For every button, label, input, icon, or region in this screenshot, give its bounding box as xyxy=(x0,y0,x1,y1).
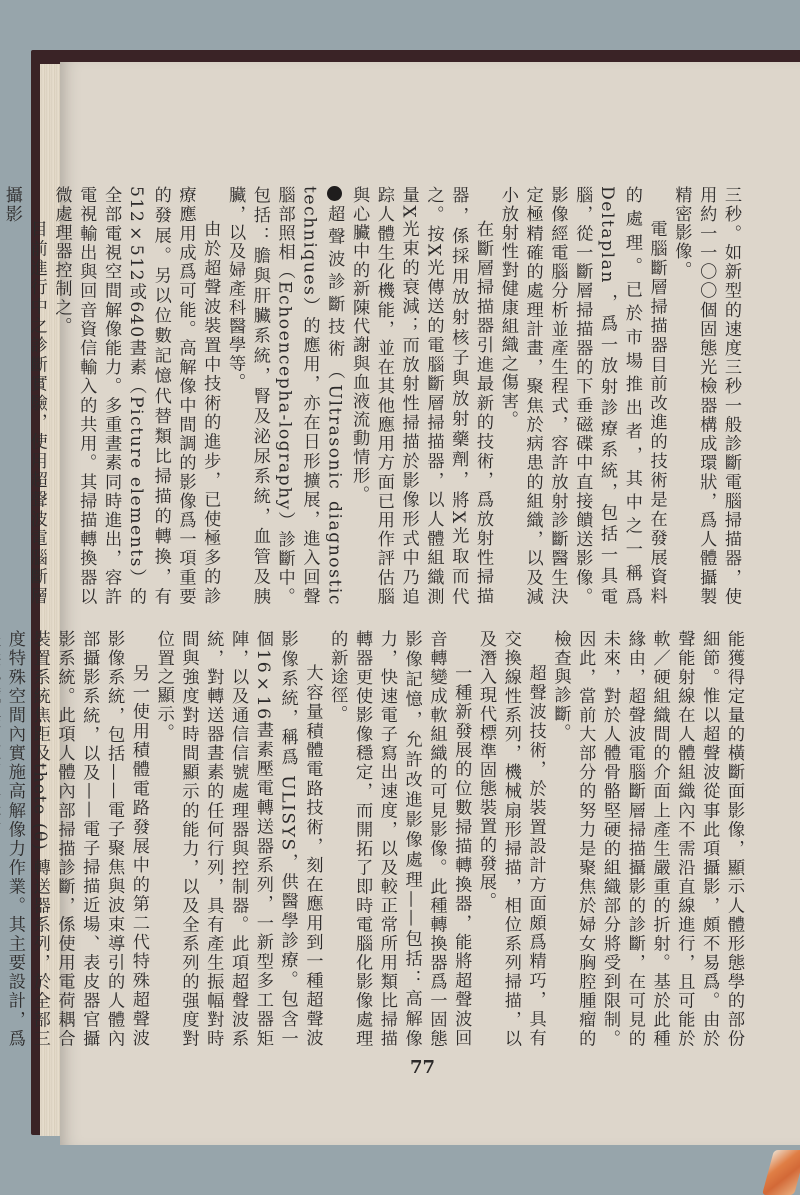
paragraph: 超聲波技術，於裝置設計方面頗爲精巧，具有交換線性系列，機械扇形掃描，相位系列掃描… xyxy=(473,630,547,1048)
lower-text-block: 能獲得定量的橫斷面影像，顯示人體形態學的部份細節。惟以超聲波從事此項攝影，頗不易… xyxy=(0,630,746,1048)
page-number: 77 xyxy=(410,1057,435,1078)
paragraph: 由於超聲波裝置中技術的進步，已使極多的診療應用成爲可能。高解像中間調的影像爲一項… xyxy=(49,186,223,606)
paragraph: 大容量積體電路技術，刻在應用到一種超聲波影像系統，稱爲 ULISYS，供醫學診療… xyxy=(151,630,325,1048)
paragraph: 能獲得定量的橫斷面影像，顯示人體形態學的部份細節。惟以超聲波從事此項攝影，頗不易… xyxy=(548,630,746,1048)
upper-text-block: 三秒。如新型的速度三秒一般診斷電腦掃描器，使用約一一〇〇個固態光檢器構成環狀，爲… xyxy=(0,186,743,606)
paragraph: 另一使用積體電路發展中的第二代特殊超聲波影像系統，包括——電子聚焦與波束導引的人… xyxy=(0,630,151,1048)
paragraph: 一種新發展的位數掃描轉換器，能將超聲波回音轉變成軟組織的可見影像。此種轉換器爲一… xyxy=(324,630,473,1048)
bullet-icon xyxy=(327,186,342,201)
paragraph: 電腦斷層掃描器目前改進的技術是在發展資料的處理。已於市場推出者，其中之一稱爲 D… xyxy=(495,186,669,606)
paragraph: 三秒。如新型的速度三秒一般診斷電腦掃描器，使用約一一〇〇個固態光檢器構成環狀，爲… xyxy=(669,186,743,606)
section-heading-paragraph: 超聲波診斷技術（Ultrasonic diagnostic techniques… xyxy=(222,186,346,606)
paragraph: 在斷層掃描器引進最新的技術，爲放射性掃描器，係採用放射核子與放射藥劑，將X光取而… xyxy=(346,186,495,606)
paragraph: 目前進行中之診斷實驗，使用超聲波電腦斷層攝影 xyxy=(0,186,49,606)
paragraph-text: 超聲波診斷技術（Ultrasonic diagnostic techniques… xyxy=(225,186,344,606)
bookmark-ribbon xyxy=(762,1150,800,1195)
